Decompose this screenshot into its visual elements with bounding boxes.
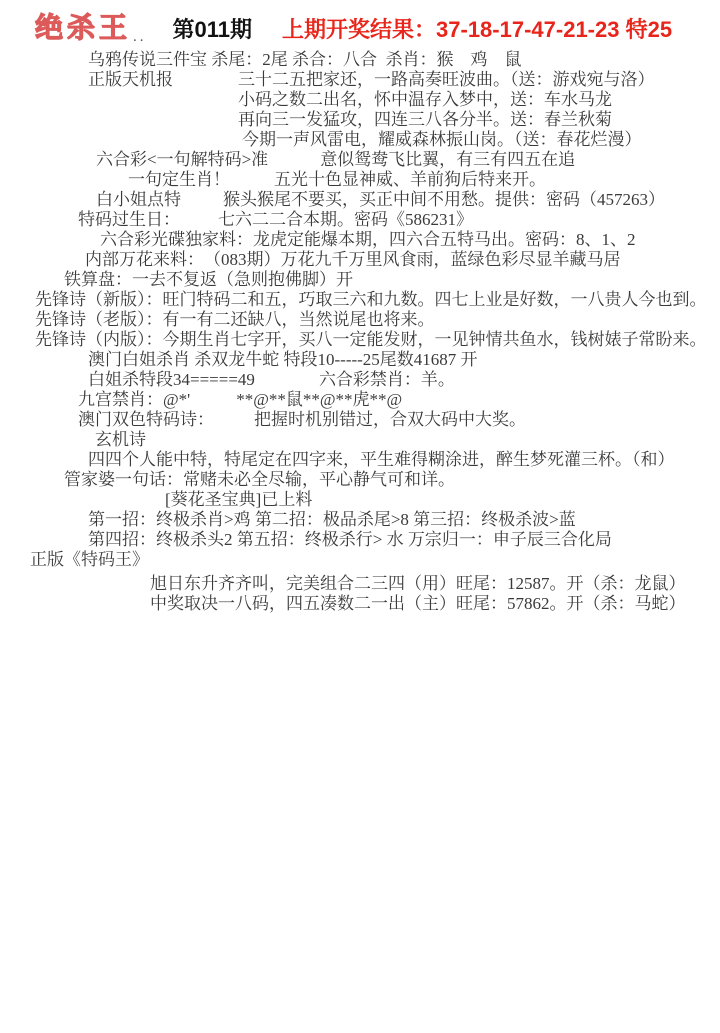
line-temawang-verse-1: 旭日东升齐齐叫，完美组合二三四（用）旺尾：12587。开（杀：龙鼠） (0, 574, 720, 594)
line-xuanjishi-verse: 四四个人能中特，特尾定在四字来，平生难得糊涂进，醉生梦死灌三杯。（和） (0, 450, 720, 470)
yijuding-label: 一句定生肖！ (128, 170, 230, 189)
line-wuya-sanjianbao: 乌鸦传说三件宝 杀尾：2尾 杀合：八合 杀肖：猴 鸡 鼠 (0, 50, 720, 70)
shuangse-label: 澳门双色特码诗： (78, 410, 214, 429)
line-shuangse-temashi: 澳门双色特码诗：把握时机别错过，合双大码中大奖。 (0, 410, 720, 430)
line-tiesuanpan: 铁算盘：一去不复返（急则抱佛脚）开 (0, 270, 720, 290)
jiugong-text: **@**鼠**@**虎**@ (236, 390, 402, 409)
line-aomen-baijie-shaxiao: 澳门白姐杀肖 杀双龙牛蛇 特段10-----25尾数41687 开 (0, 350, 720, 370)
line-xianfengshi-new: 先锋诗（新版）：旺门特码二和五，巧取三六和九数。四七上业是好数，一八贵人今也到。 (0, 290, 720, 310)
line-tema-shengri: 特码过生日：七六二二合本期。密码《586231》 (0, 210, 720, 230)
line-tianjibao-4: 今期一声风雷电，耀威森林振山岗。（送：春花烂漫） (0, 130, 720, 150)
line-guangdie-dujialiao: 六合彩光碟独家料：龙虎定能爆本期，四六合五特马出。密码：8、1、2 (0, 230, 720, 250)
line-baijie-shateduan: 白姐杀特段34=====49六合彩禁肖：羊。 (0, 370, 720, 390)
last-draw-result: 上期开奖结果：37-18-17-47-21-23 特25 (282, 13, 672, 44)
line-neibu-wanhua: 内部万花来料： （083期）万花九千万里风食雨，蓝绿色彩尽显羊藏马居 (0, 250, 720, 270)
kuihua-title: [葵花圣宝典]已上料 (0, 490, 720, 510)
header: 绝杀王 .. 第011期 上期开奖结果：37-18-17-47-21-23 特2… (0, 0, 720, 48)
brand-dots: .. (133, 29, 147, 46)
line-kuihua-zhao-123: 第一招：终极杀肖>鸡 第二招：极品杀尾>8 第三招：终极杀波>蓝 (0, 510, 720, 530)
line-baixiaojie-diante: 白小姐点特猴头猴尾不要买，买正中间不用愁。提供：密码（457263） (0, 190, 720, 210)
line-yijujie-tema: 六合彩<一句解特码>准意似鸳鸯飞比翼，有三有四五在追 (0, 150, 720, 170)
line-tianjibao-2: 小码之数二出名，怀中温存入梦中，送：车水马龙 (0, 90, 720, 110)
temawang-title: 正版《特码王》 (0, 550, 720, 570)
yijujie-verse: 意似鸳鸯飞比翼，有三有四五在追 (320, 150, 575, 169)
shuangse-verse: 把握时机别错过，合双大码中大奖。 (254, 410, 526, 429)
baixiaojie-verse: 猴头猴尾不要买，买正中间不用愁。提供：密码（457263） (223, 190, 665, 209)
jiugong-label: 九宫禁肖：@*' (78, 390, 190, 409)
line-jiugong-jinxiao: 九宫禁肖：@*'**@**鼠**@**虎**@ (0, 390, 720, 410)
baixiaojie-label: 白小姐点特 (96, 190, 181, 209)
lottery-tip-sheet: 绝杀王 .. 第011期 上期开奖结果：37-18-17-47-21-23 特2… (0, 0, 720, 1033)
shengri-verse: 七六二二合本期。密码《586231》 (218, 210, 473, 229)
jinxiao-text: 六合彩禁肖：羊。 (319, 370, 455, 389)
shateduan-label: 白姐杀特段34=====49 (88, 370, 255, 389)
line-temawang-verse-2: 中奖取决一八码，四五凑数二一出（主）旺尾：57862。开（杀：马蛇） (0, 594, 720, 614)
yijuding-verse: 五光十色显神威、羊前狗后特来开。 (274, 170, 546, 189)
tips-body: 乌鸦传说三件宝 杀尾：2尾 杀合：八合 杀肖：猴 鸡 鼠 正版天机报三十二五把家… (0, 50, 720, 614)
line-tianjibao-1: 正版天机报三十二五把家还，一路高奏旺波曲。（送：游戏宛与洛） (0, 70, 720, 90)
tianjibao-verse-1: 三十二五把家还，一路高奏旺波曲。（送：游戏宛与洛） (238, 70, 655, 89)
line-kuihua-zhao-45: 第四招：终极杀头2 第五招：终极杀行> 水 万宗归一：申子辰三合化局 (0, 530, 720, 550)
line-guanjiapo: 管家婆一句话：常赌未必全尽输，平心静气可和详。 (0, 470, 720, 490)
line-yijuding-shengxiao: 一句定生肖！五光十色显神威、羊前狗后特来开。 (0, 170, 720, 190)
shengri-label: 特码过生日： (78, 210, 180, 229)
tianjibao-label: 正版天机报 (88, 70, 238, 90)
line-xianfengshi-old: 先锋诗（老版）：有一有二还缺八，当然说尾也将来。 (0, 310, 720, 330)
line-xianfengshi-inner: 先锋诗（内版）：今期生肖七字开，买八一定能发财，一见钟情共鱼水，钱树婊子常盼来。 (0, 330, 720, 350)
line-tianjibao-3: 再向三一发猛攻，四连三八各分半。送：春兰秋菊 (0, 110, 720, 130)
brand-title: 绝杀王 (35, 6, 131, 46)
issue-number: 第011期 (173, 13, 253, 44)
yijujie-label: 六合彩<一句解特码>准 (96, 150, 268, 169)
xuanjishi-title: 玄机诗 (0, 430, 720, 450)
